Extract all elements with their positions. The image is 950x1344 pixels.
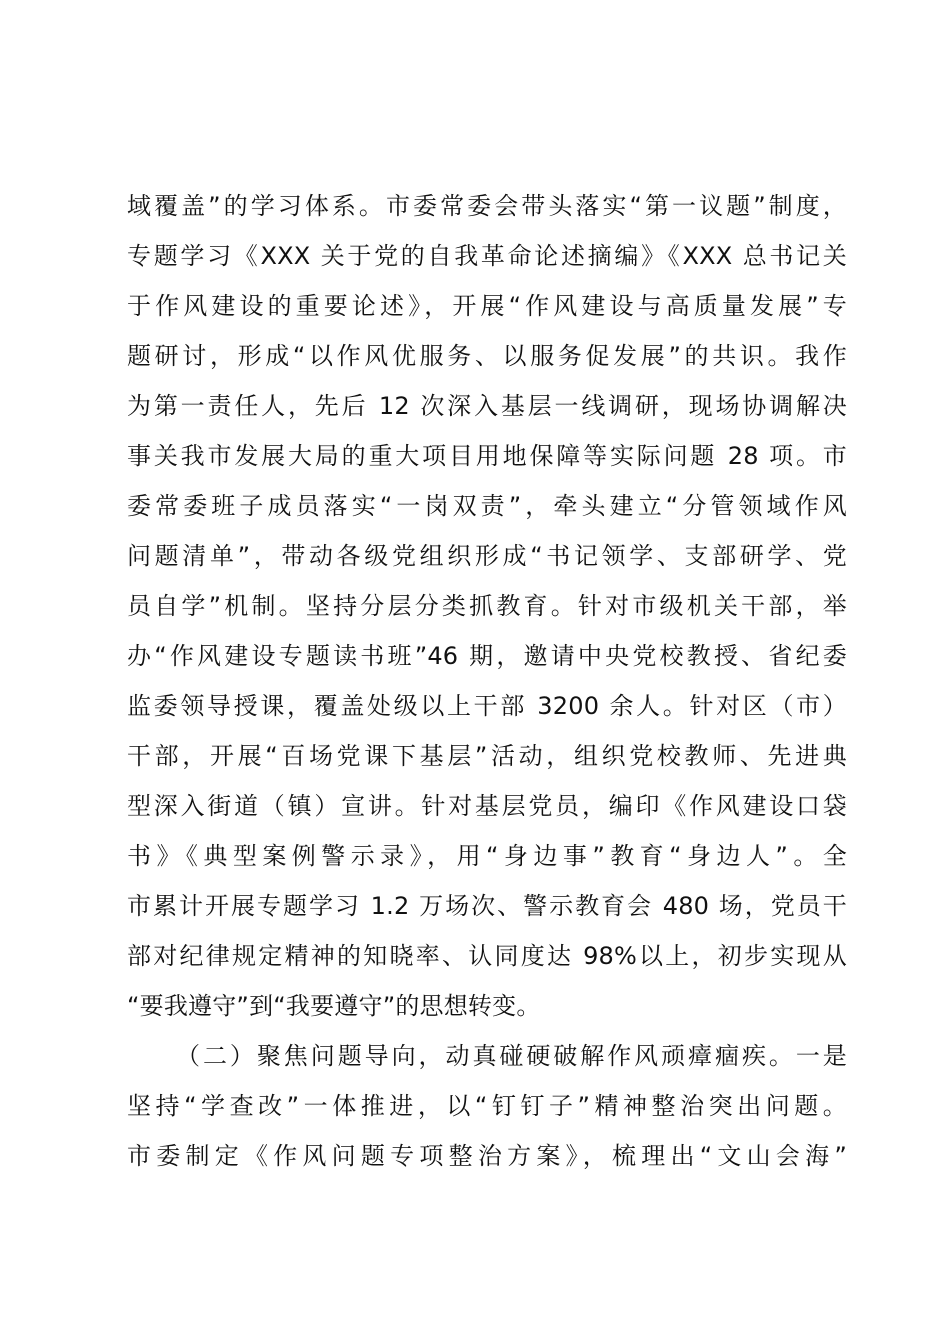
text-line: 坚持“学查改”一体推进，以“钉钉子”精神整治突出问题。 [127,1081,847,1131]
text-line: 题研讨，形成“以作风优服务、以服务促发展”的共识。我作 [127,331,847,381]
text-line: 域覆盖”的学习体系。市委常委会带头落实“第一议题”制度， [127,181,847,231]
text-line: 监委领导授课，覆盖处级以上干部 3200 余人。针对区（市） [127,681,847,731]
text-line: 部对纪律规定精神的知晓率、认同度达 98%以上，初步实现从 [127,931,847,981]
text-line: 于作风建设的重要论述》，开展“作风建设与高质量发展”专 [127,281,847,331]
text-line: 型深入街道（镇）宣讲。针对基层党员，编印《作风建设口袋 [127,781,847,831]
text-line: 事关我市发展大局的重大项目用地保障等实际问题 28 项。市 [127,431,847,481]
document-page: 域覆盖”的学习体系。市委常委会带头落实“第一议题”制度， 专题学习《XXX 关于… [0,0,950,1344]
text-line: 市委制定《作风问题专项整治方案》，梳理出“文山会海” [127,1131,847,1181]
text-line: 员自学”机制。坚持分层分类抓教育。针对市级机关干部，举 [127,581,847,631]
text-line: 为第一责任人，先后 12 次深入基层一线调研，现场协调解决 [127,381,847,431]
text-line: 问题清单”，带动各级党组织形成“书记领学、支部研学、党 [127,531,847,581]
paragraph-end-line: “要我遵守”到“我要遵守”的思想转变。 [127,981,847,1031]
text-line: 委常委班子成员落实“一岗双责”，牵头建立“分管领域作风 [127,481,847,531]
text-line: 干部，开展“百场党课下基层”活动，组织党校教师、先进典 [127,731,847,781]
text-line: 专题学习《XXX 关于党的自我革命论述摘编》《XXX 总书记关 [127,231,847,281]
text-line: 办“作风建设专题读书班”46 期，邀请中央党校教授、省纪委 [127,631,847,681]
text-line: 市累计开展专题学习 1.2 万场次、警示教育会 480 场，党员干 [127,881,847,931]
text-line: 书》《典型案例警示录》，用“身边事”教育“身边人”。全 [127,831,847,881]
section-heading-line: （二）聚焦问题导向，动真碰硬破解作风顽瘴痼疾。一是 [127,1031,847,1081]
document-body: 域覆盖”的学习体系。市委常委会带头落实“第一议题”制度， 专题学习《XXX 关于… [127,181,847,1181]
